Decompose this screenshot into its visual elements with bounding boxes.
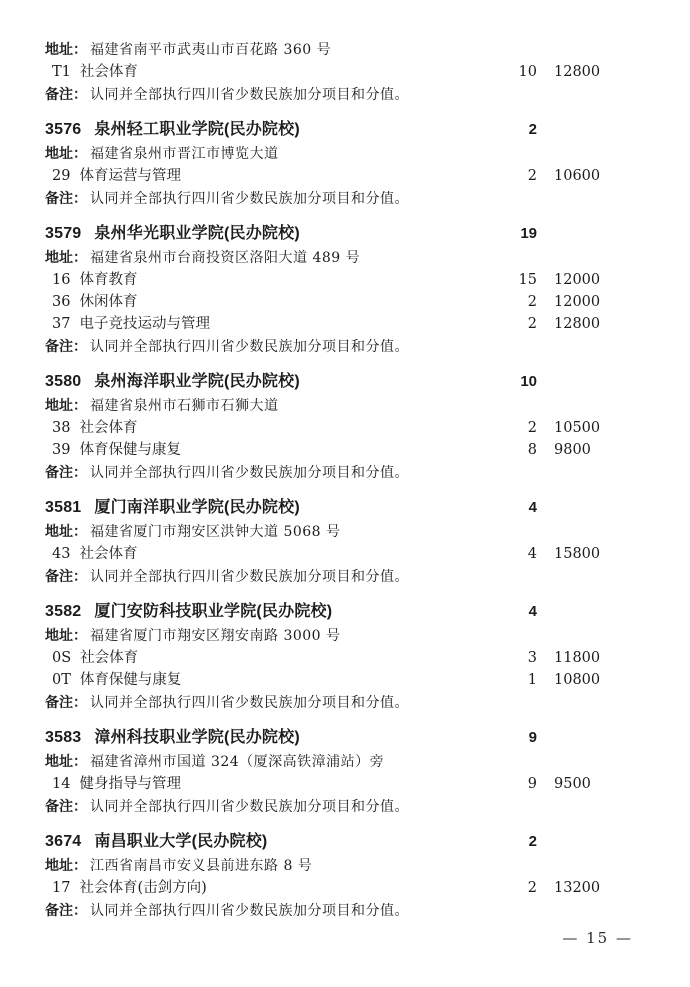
school-name: 南昌职业大学(民办院校): [94, 833, 267, 850]
major-code: 39: [52, 442, 70, 458]
address-line: 地址：江西省南昌市安义县前进东路 8 号: [45, 854, 482, 877]
major-name: 社会体育: [80, 650, 138, 666]
note-row: 备注：认同并全部执行四川省少数民族加分项目和分值。: [45, 83, 612, 106]
major-plan-count: 2: [499, 165, 537, 187]
major-row: 37电子竞技运动与管理 2 12800: [45, 313, 612, 335]
page-number: — 15 —: [562, 929, 633, 947]
major-plan-count: 2: [499, 291, 537, 313]
note-value: 认同并全部执行四川省少数民族加分项目和分值。: [90, 465, 409, 481]
major-name: 休闲体育: [79, 294, 137, 310]
note-label: 备注：: [45, 798, 87, 814]
major-tuition-fee: 12000: [554, 291, 612, 313]
major-row: 39体育保健与康复 8 9800: [45, 439, 612, 461]
major-code: 0T: [52, 672, 71, 688]
major-row: T1社会体育 10 12800: [45, 61, 612, 83]
major-line: T1社会体育: [45, 61, 482, 83]
admission-plan-list: 地址：福建省南平市武夷山市百花路 360 号 T1社会体育 10 12800 备…: [45, 38, 612, 922]
address-line: 地址：福建省泉州市石狮市石狮大道: [45, 394, 482, 417]
school-title: 3674南昌职业大学(民办院校): [45, 831, 482, 853]
school-section: 3576泉州轻工职业学院(民办院校) 2 地址：福建省泉州市晋江市博览大道 29…: [45, 119, 612, 210]
major-line: 17社会体育(击剑方向): [45, 877, 482, 899]
major-tuition-fee: 9500: [554, 773, 612, 795]
major-row: 0T体育保健与康复 1 10800: [45, 669, 612, 691]
school-heading-row: 3674南昌职业大学(民办院校) 2: [45, 831, 612, 853]
note-label: 备注：: [45, 902, 87, 918]
note-value: 认同并全部执行四川省少数民族加分项目和分值。: [90, 799, 409, 815]
school-heading-row: 3581厦门南洋职业学院(民办院校) 4: [45, 497, 612, 519]
major-plan-count: 4: [499, 543, 537, 565]
major-name: 健身指导与管理: [79, 776, 181, 792]
school-title: 3576泉州轻工职业学院(民办院校): [45, 119, 482, 141]
major-code: T1: [52, 64, 71, 80]
school-code: 3583: [45, 729, 81, 746]
address-label: 地址：: [45, 41, 87, 57]
note-row: 备注：认同并全部执行四川省少数民族加分项目和分值。: [45, 335, 612, 358]
school-total-count: 2: [499, 119, 537, 141]
major-line: 36休闲体育: [45, 291, 482, 313]
school-heading-row: 3580泉州海洋职业学院(民办院校) 10: [45, 371, 612, 393]
school-code: 3576: [45, 121, 81, 138]
major-plan-count: 3: [499, 647, 537, 669]
note-row: 备注：认同并全部执行四川省少数民族加分项目和分值。: [45, 795, 612, 818]
note-label: 备注：: [45, 190, 87, 206]
school-section: 3580泉州海洋职业学院(民办院校) 10 地址：福建省泉州市石狮市石狮大道 3…: [45, 371, 612, 484]
major-name: 电子竞技运动与管理: [79, 316, 210, 332]
school-code: 3581: [45, 499, 81, 516]
major-line: 39体育保健与康复: [45, 439, 482, 461]
school-heading-row: 3582厦门安防科技职业学院(民办院校) 4: [45, 601, 612, 623]
major-line: 37电子竞技运动与管理: [45, 313, 482, 335]
school-section: 3583漳州科技职业学院(民办院校) 9 地址：福建省漳州市国道 324（厦深高…: [45, 727, 612, 818]
major-code: 14: [52, 776, 70, 792]
major-name: 社会体育: [79, 546, 137, 562]
note-label: 备注：: [45, 694, 87, 710]
major-tuition-fee: 12800: [554, 61, 612, 83]
major-name: 社会体育: [79, 420, 137, 436]
major-tuition-fee: 10800: [554, 669, 612, 691]
address-label: 地址：: [45, 249, 87, 265]
address-row: 地址：福建省泉州市台商投资区洛阳大道 489 号: [45, 246, 612, 269]
major-name: 社会体育(击剑方向): [79, 880, 206, 896]
note-line: 备注：认同并全部执行四川省少数民族加分项目和分值。: [45, 691, 482, 714]
address-value: 福建省漳州市国道 324（厦深高铁漳浦站）旁: [90, 754, 384, 770]
note-row: 备注：认同并全部执行四川省少数民族加分项目和分值。: [45, 187, 612, 210]
school-title: 3579泉州华光职业学院(民办院校): [45, 223, 482, 245]
note-line: 备注：认同并全部执行四川省少数民族加分项目和分值。: [45, 795, 482, 818]
address-label: 地址：: [45, 397, 87, 413]
address-label: 地址：: [45, 857, 87, 873]
school-name: 厦门安防科技职业学院(民办院校): [94, 603, 332, 620]
major-row: 38社会体育 2 10500: [45, 417, 612, 439]
address-value: 福建省泉州市台商投资区洛阳大道 489 号: [90, 250, 360, 266]
school-section: 3579泉州华光职业学院(民办院校) 19 地址：福建省泉州市台商投资区洛阳大道…: [45, 223, 612, 358]
major-code: 43: [52, 546, 70, 562]
school-heading-row: 3576泉州轻工职业学院(民办院校) 2: [45, 119, 612, 141]
school-heading-row: 3579泉州华光职业学院(民办院校) 19: [45, 223, 612, 245]
major-line: 29体育运营与管理: [45, 165, 482, 187]
major-plan-count: 2: [499, 877, 537, 899]
major-plan-count: 9: [499, 773, 537, 795]
school-total-count: 2: [499, 831, 537, 853]
school-title: 3583漳州科技职业学院(民办院校): [45, 727, 482, 749]
school-total-count: 19: [499, 223, 537, 245]
address-value: 福建省厦门市翔安区翔安南路 3000 号: [90, 628, 341, 644]
address-row: 地址：福建省泉州市石狮市石狮大道: [45, 394, 612, 417]
major-code: 38: [52, 420, 70, 436]
major-row: 16体育教育 15 12000: [45, 269, 612, 291]
school-name: 漳州科技职业学院(民办院校): [94, 729, 299, 746]
address-label: 地址：: [45, 145, 87, 161]
note-value: 认同并全部执行四川省少数民族加分项目和分值。: [90, 569, 409, 585]
address-line: 地址：福建省厦门市翔安区洪钟大道 5068 号: [45, 520, 482, 543]
major-plan-count: 8: [499, 439, 537, 461]
major-name: 社会体育: [80, 64, 138, 80]
school-section: 3581厦门南洋职业学院(民办院校) 4 地址：福建省厦门市翔安区洪钟大道 50…: [45, 497, 612, 588]
major-name: 体育保健与康复: [80, 672, 182, 688]
address-row: 地址：福建省南平市武夷山市百花路 360 号: [45, 38, 612, 61]
major-name: 体育运营与管理: [79, 168, 181, 184]
address-value: 江西省南昌市安义县前进东路 8 号: [90, 858, 312, 874]
major-plan-count: 10: [499, 61, 537, 83]
school-title: 3581厦门南洋职业学院(民办院校): [45, 497, 482, 519]
address-value: 福建省南平市武夷山市百花路 360 号: [90, 42, 331, 58]
major-tuition-fee: 15800: [554, 543, 612, 565]
note-row: 备注：认同并全部执行四川省少数民族加分项目和分值。: [45, 461, 612, 484]
school-total-count: 10: [499, 371, 537, 393]
note-line: 备注：认同并全部执行四川省少数民族加分项目和分值。: [45, 335, 482, 358]
school-title: 3582厦门安防科技职业学院(民办院校): [45, 601, 482, 623]
major-row: 36休闲体育 2 12000: [45, 291, 612, 313]
address-label: 地址：: [45, 753, 87, 769]
school-code: 3580: [45, 373, 81, 390]
major-row: 0S社会体育 3 11800: [45, 647, 612, 669]
note-label: 备注：: [45, 568, 87, 584]
major-code: 16: [52, 272, 70, 288]
major-code: 36: [52, 294, 70, 310]
major-line: 38社会体育: [45, 417, 482, 439]
note-label: 备注：: [45, 86, 87, 102]
address-line: 地址：福建省厦门市翔安区翔安南路 3000 号: [45, 624, 482, 647]
school-name: 泉州海洋职业学院(民办院校): [94, 373, 299, 390]
address-row: 地址：福建省漳州市国道 324（厦深高铁漳浦站）旁: [45, 750, 612, 773]
major-tuition-fee: 12800: [554, 313, 612, 335]
school-total-count: 4: [499, 497, 537, 519]
school-code: 3582: [45, 603, 81, 620]
address-value: 福建省泉州市石狮市石狮大道: [90, 398, 279, 414]
school-section: 3582厦门安防科技职业学院(民办院校) 4 地址：福建省厦门市翔安区翔安南路 …: [45, 601, 612, 714]
note-value: 认同并全部执行四川省少数民族加分项目和分值。: [90, 695, 409, 711]
school-name: 厦门南洋职业学院(民办院校): [94, 499, 299, 516]
school-section: 地址：福建省南平市武夷山市百花路 360 号 T1社会体育 10 12800 备…: [45, 38, 612, 106]
address-line: 地址：福建省漳州市国道 324（厦深高铁漳浦站）旁: [45, 750, 482, 773]
school-total-count: 4: [499, 601, 537, 623]
major-row: 29体育运营与管理 2 10600: [45, 165, 612, 187]
major-tuition-fee: 9800: [554, 439, 612, 461]
school-total-count: 9: [499, 727, 537, 749]
note-value: 认同并全部执行四川省少数民族加分项目和分值。: [90, 339, 409, 355]
address-value: 福建省厦门市翔安区洪钟大道 5068 号: [90, 524, 341, 540]
major-tuition-fee: 10600: [554, 165, 612, 187]
note-value: 认同并全部执行四川省少数民族加分项目和分值。: [90, 903, 409, 919]
school-heading-row: 3583漳州科技职业学院(民办院校) 9: [45, 727, 612, 749]
address-label: 地址：: [45, 523, 87, 539]
major-code: 37: [52, 316, 70, 332]
major-tuition-fee: 13200: [554, 877, 612, 899]
major-code: 29: [52, 168, 70, 184]
major-line: 14健身指导与管理: [45, 773, 482, 795]
major-tuition-fee: 12000: [554, 269, 612, 291]
major-plan-count: 2: [499, 417, 537, 439]
note-line: 备注：认同并全部执行四川省少数民族加分项目和分值。: [45, 565, 482, 588]
address-row: 地址：福建省厦门市翔安区洪钟大道 5068 号: [45, 520, 612, 543]
note-line: 备注：认同并全部执行四川省少数民族加分项目和分值。: [45, 187, 482, 210]
note-line: 备注：认同并全部执行四川省少数民族加分项目和分值。: [45, 899, 482, 922]
school-name: 泉州轻工职业学院(民办院校): [94, 121, 299, 138]
school-name: 泉州华光职业学院(民办院校): [94, 225, 299, 242]
note-line: 备注：认同并全部执行四川省少数民族加分项目和分值。: [45, 461, 482, 484]
major-line: 43社会体育: [45, 543, 482, 565]
major-plan-count: 1: [499, 669, 537, 691]
note-row: 备注：认同并全部执行四川省少数民族加分项目和分值。: [45, 691, 612, 714]
document-page: 地址：福建省南平市武夷山市百花路 360 号 T1社会体育 10 12800 备…: [0, 0, 690, 987]
major-row: 17社会体育(击剑方向) 2 13200: [45, 877, 612, 899]
address-row: 地址：福建省泉州市晋江市博览大道: [45, 142, 612, 165]
address-line: 地址：福建省泉州市晋江市博览大道: [45, 142, 482, 165]
note-row: 备注：认同并全部执行四川省少数民族加分项目和分值。: [45, 899, 612, 922]
note-value: 认同并全部执行四川省少数民族加分项目和分值。: [90, 87, 409, 103]
school-code: 3674: [45, 833, 81, 850]
major-name: 体育保健与康复: [79, 442, 181, 458]
note-label: 备注：: [45, 338, 87, 354]
major-plan-count: 2: [499, 313, 537, 335]
major-code: 17: [52, 880, 70, 896]
address-line: 地址：福建省南平市武夷山市百花路 360 号: [45, 38, 482, 61]
note-row: 备注：认同并全部执行四川省少数民族加分项目和分值。: [45, 565, 612, 588]
major-line: 16体育教育: [45, 269, 482, 291]
note-value: 认同并全部执行四川省少数民族加分项目和分值。: [90, 191, 409, 207]
address-row: 地址：江西省南昌市安义县前进东路 8 号: [45, 854, 612, 877]
note-line: 备注：认同并全部执行四川省少数民族加分项目和分值。: [45, 83, 482, 106]
school-code: 3579: [45, 225, 81, 242]
major-line: 0T体育保健与康复: [45, 669, 482, 691]
address-value: 福建省泉州市晋江市博览大道: [90, 146, 279, 162]
major-tuition-fee: 11800: [554, 647, 612, 669]
address-line: 地址：福建省泉州市台商投资区洛阳大道 489 号: [45, 246, 482, 269]
school-section: 3674南昌职业大学(民办院校) 2 地址：江西省南昌市安义县前进东路 8 号 …: [45, 831, 612, 922]
major-row: 43社会体育 4 15800: [45, 543, 612, 565]
major-code: 0S: [52, 650, 71, 666]
major-tuition-fee: 10500: [554, 417, 612, 439]
major-name: 体育教育: [79, 272, 137, 288]
address-row: 地址：福建省厦门市翔安区翔安南路 3000 号: [45, 624, 612, 647]
address-label: 地址：: [45, 627, 87, 643]
major-row: 14健身指导与管理 9 9500: [45, 773, 612, 795]
major-line: 0S社会体育: [45, 647, 482, 669]
school-title: 3580泉州海洋职业学院(民办院校): [45, 371, 482, 393]
major-plan-count: 15: [499, 269, 537, 291]
note-label: 备注：: [45, 464, 87, 480]
